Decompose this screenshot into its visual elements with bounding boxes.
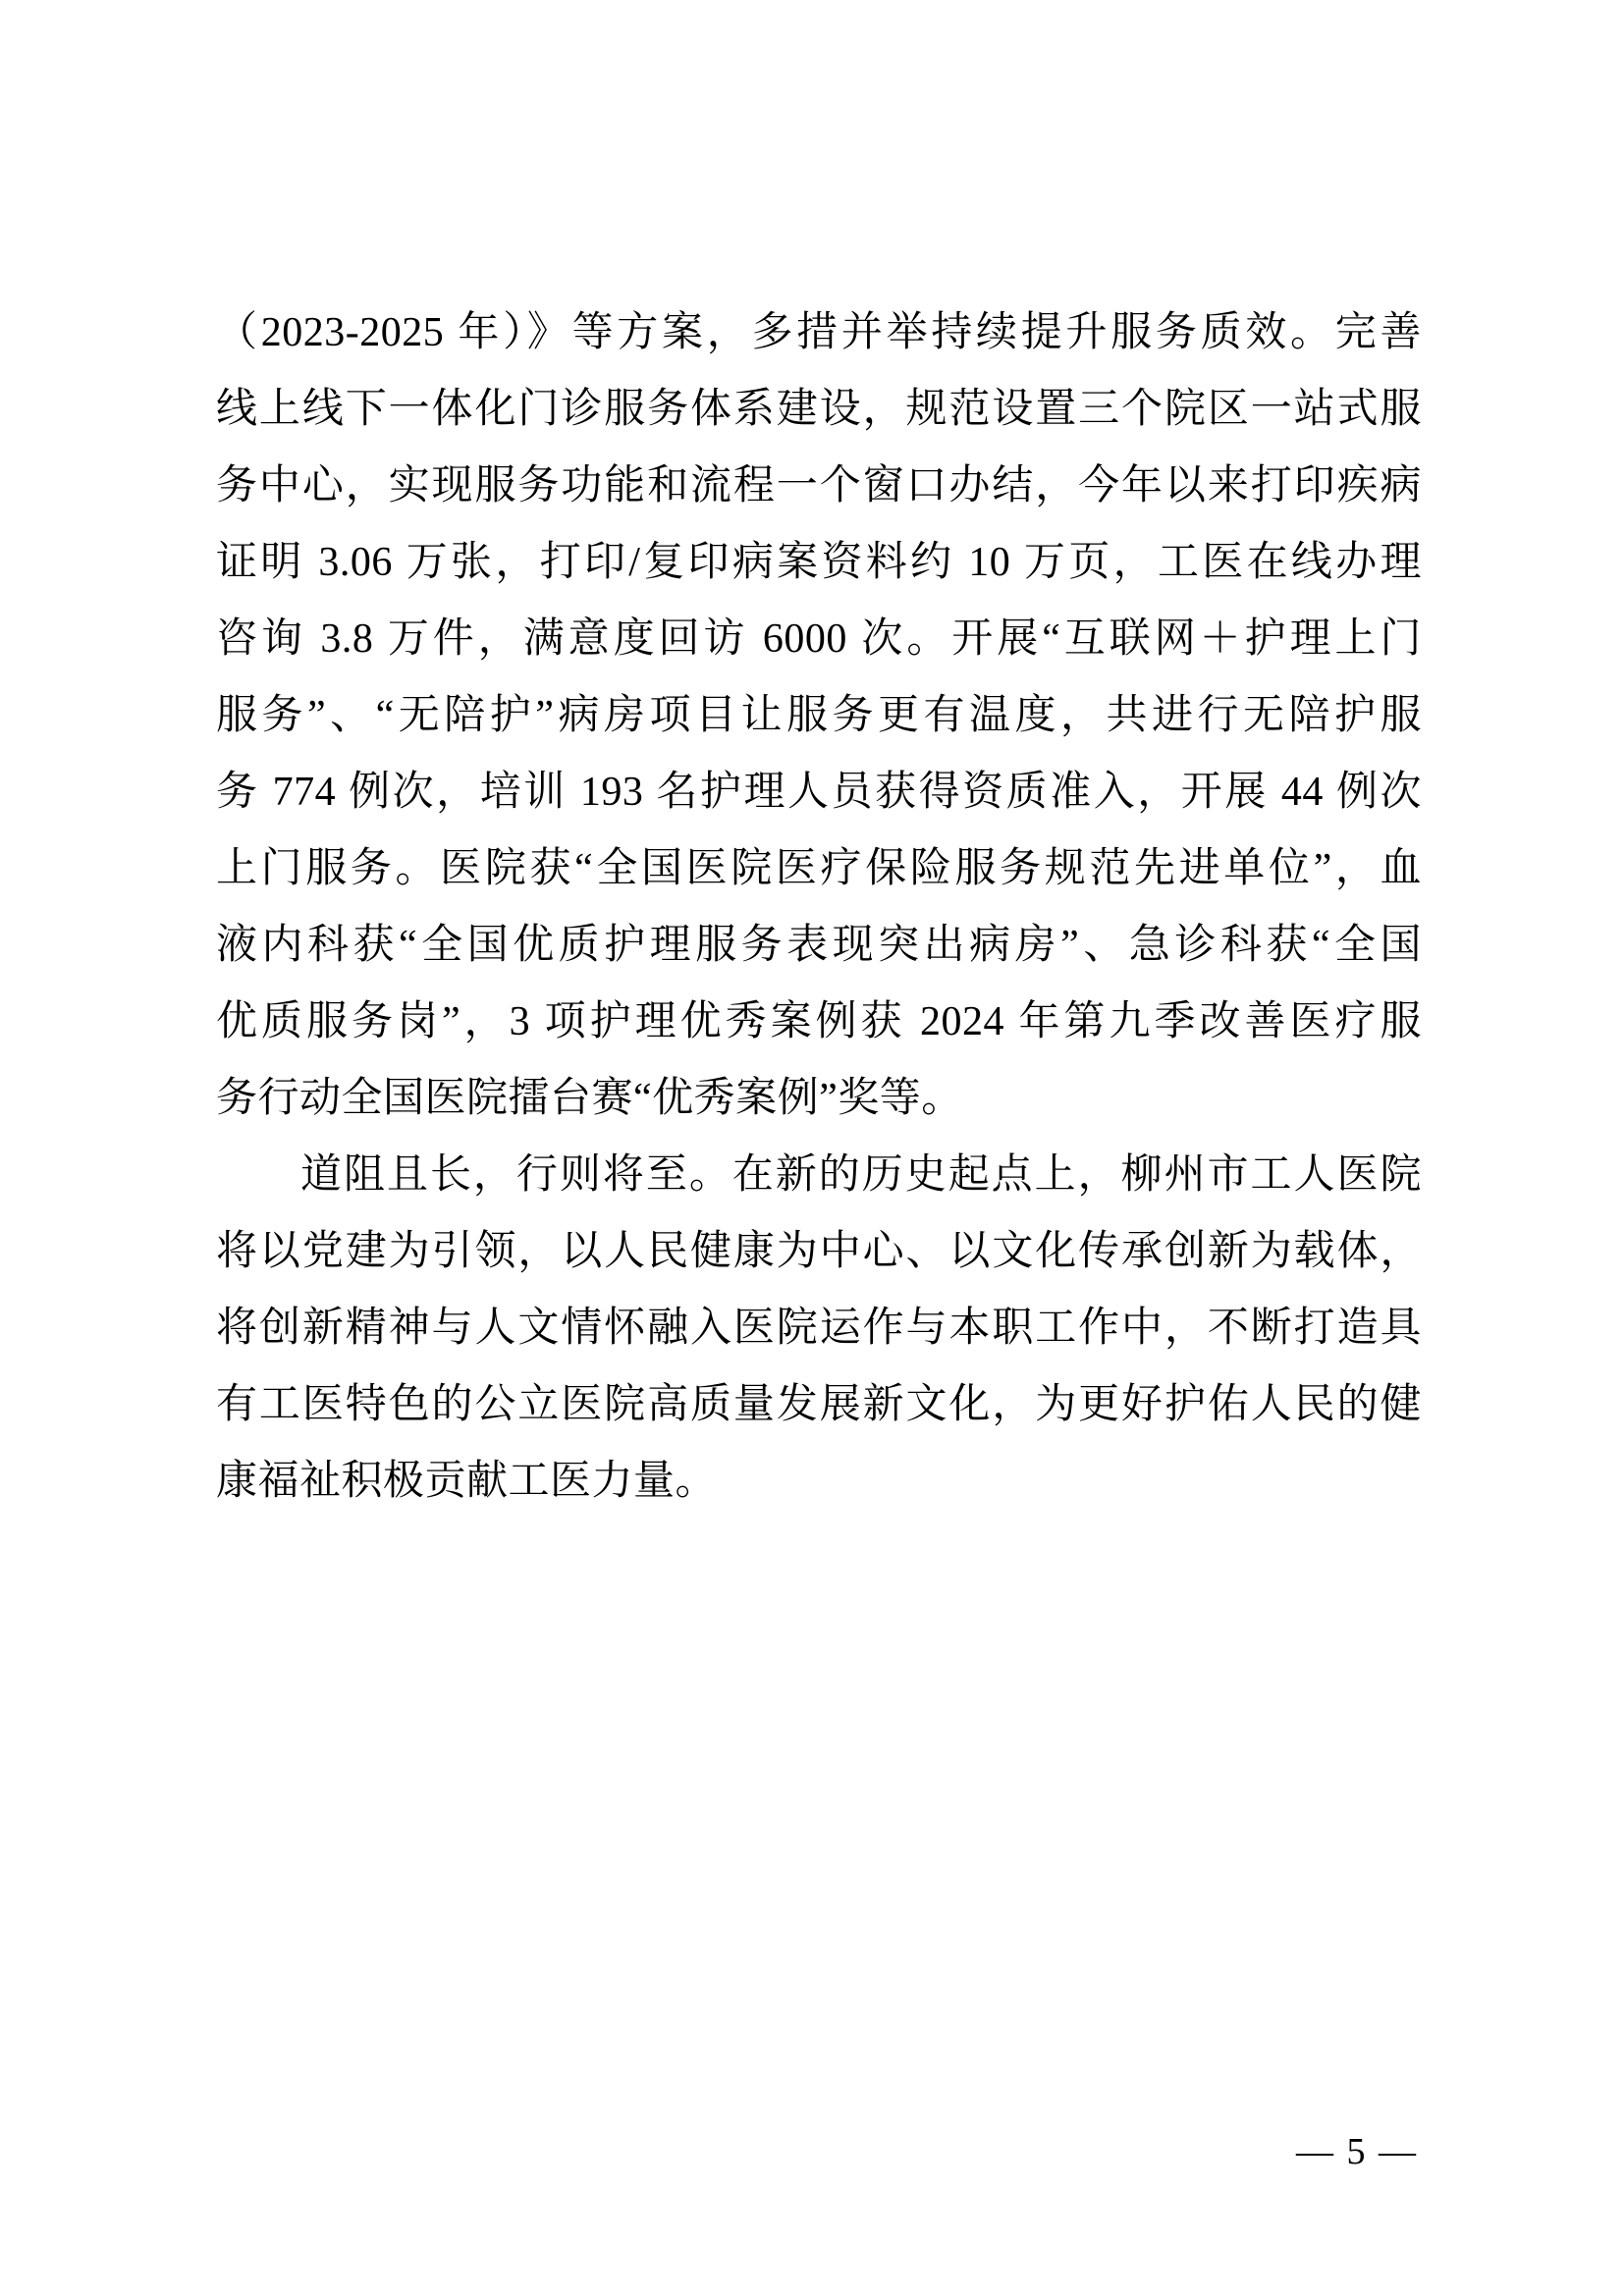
paragraph: （2023-2025 年）》等方案，多措并举持续提升服务质效。完善 线上线下一体… (216, 294, 1422, 1137)
text-line: 将以党建为引领，以人民健康为中心、以文化传承创新为载体， (216, 1213, 1422, 1290)
text-line: 康福祉积极贡献工医力量。 (216, 1443, 1422, 1520)
text-line: （2023-2025 年）》等方案，多措并举持续提升服务质效。完善 (216, 294, 1422, 371)
text-line: 有工医特色的公立医院高质量发展新文化，为更好护佑人民的健 (216, 1366, 1422, 1443)
text-line: 咨询 3.8 万件，满意度回访 6000 次。开展“互联网＋护理上门 (216, 601, 1422, 677)
text-line: 将创新精神与人文情怀融入医院运作与本职工作中，不断打造具 (216, 1290, 1422, 1366)
text-line: 务行动全国医院擂台赛“优秀案例”奖等。 (216, 1060, 1422, 1137)
text-line: 道阻且长，行则将至。在新的历史起点上，柳州市工人医院 (216, 1137, 1422, 1213)
page-number: — 5 — (1276, 2124, 1437, 2179)
text-line: 线上线下一体化门诊服务体系建设，规范设置三个院区一站式服 (216, 371, 1422, 448)
document-page: （2023-2025 年）》等方案，多措并举持续提升服务质效。完善 线上线下一体… (0, 0, 1624, 2296)
document-body: （2023-2025 年）》等方案，多措并举持续提升服务质效。完善 线上线下一体… (216, 294, 1422, 1520)
paragraph: 道阻且长，行则将至。在新的历史起点上，柳州市工人医院 将以党建为引领，以人民健康… (216, 1137, 1422, 1520)
text-line: 服务”、“无陪护”病房项目让服务更有温度，共进行无陪护服 (216, 677, 1422, 754)
text-line: 务 774 例次，培训 193 名护理人员获得资质准入，开展 44 例次 (216, 754, 1422, 830)
text-line: 优质服务岗”，3 项护理优秀案例获 2024 年第九季改善医疗服 (216, 984, 1422, 1060)
text-line: 务中心，实现服务功能和流程一个窗口办结，今年以来打印疾病 (216, 448, 1422, 524)
text-line: 液内科获“全国优质护理服务表现突出病房”、急诊科获“全国 (216, 907, 1422, 984)
text-line: 上门服务。医院获“全国医院医疗保险服务规范先进单位”，血 (216, 830, 1422, 907)
text-line: 证明 3.06 万张，打印/复印病案资料约 10 万页，工医在线办理 (216, 524, 1422, 601)
